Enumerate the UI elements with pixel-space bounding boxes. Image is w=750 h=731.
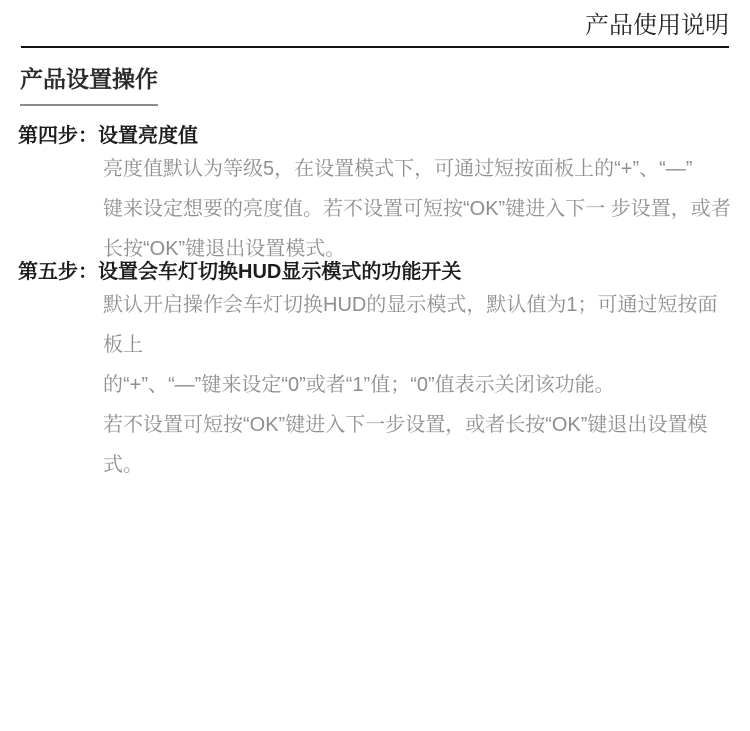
step-five-heading: 第五步： 设置会车灯切换HUD显示模式的功能开关 (18, 259, 736, 285)
step-four: 第四步： 设置亮度值 亮度值默认为等级5，在设置模式下，可通过短按面板上的“+”… (18, 123, 736, 269)
step-five-title: 设置会车灯切换HUD显示模式的功能开关 (98, 259, 736, 285)
step-five: 第五步： 设置会车灯切换HUD显示模式的功能开关 默认开启操作会车灯切换HUD的… (18, 259, 736, 485)
step-four-label: 第四步： (18, 123, 98, 149)
section-title: 产品设置操作 (20, 64, 158, 106)
step-four-heading: 第四步： 设置亮度值 (18, 123, 736, 149)
step-five-label: 第五步： (18, 259, 98, 285)
step-five-body: 默认开启操作会车灯切换HUD的显示模式，默认值为1；可通过短按面板上 的“+”、… (103, 285, 736, 485)
header-divider (21, 46, 729, 48)
step-four-title: 设置亮度值 (98, 123, 736, 149)
manual-page: 产品使用说明 产品设置操作 第四步： 设置亮度值 亮度值默认为等级5，在设置模式… (0, 0, 750, 731)
step-four-body: 亮度值默认为等级5，在设置模式下，可通过短按面板上的“+”、“—” 键来设定想要… (103, 149, 736, 269)
page-header: 产品使用说明 (0, 0, 750, 39)
page-header-title: 产品使用说明 (585, 12, 729, 39)
